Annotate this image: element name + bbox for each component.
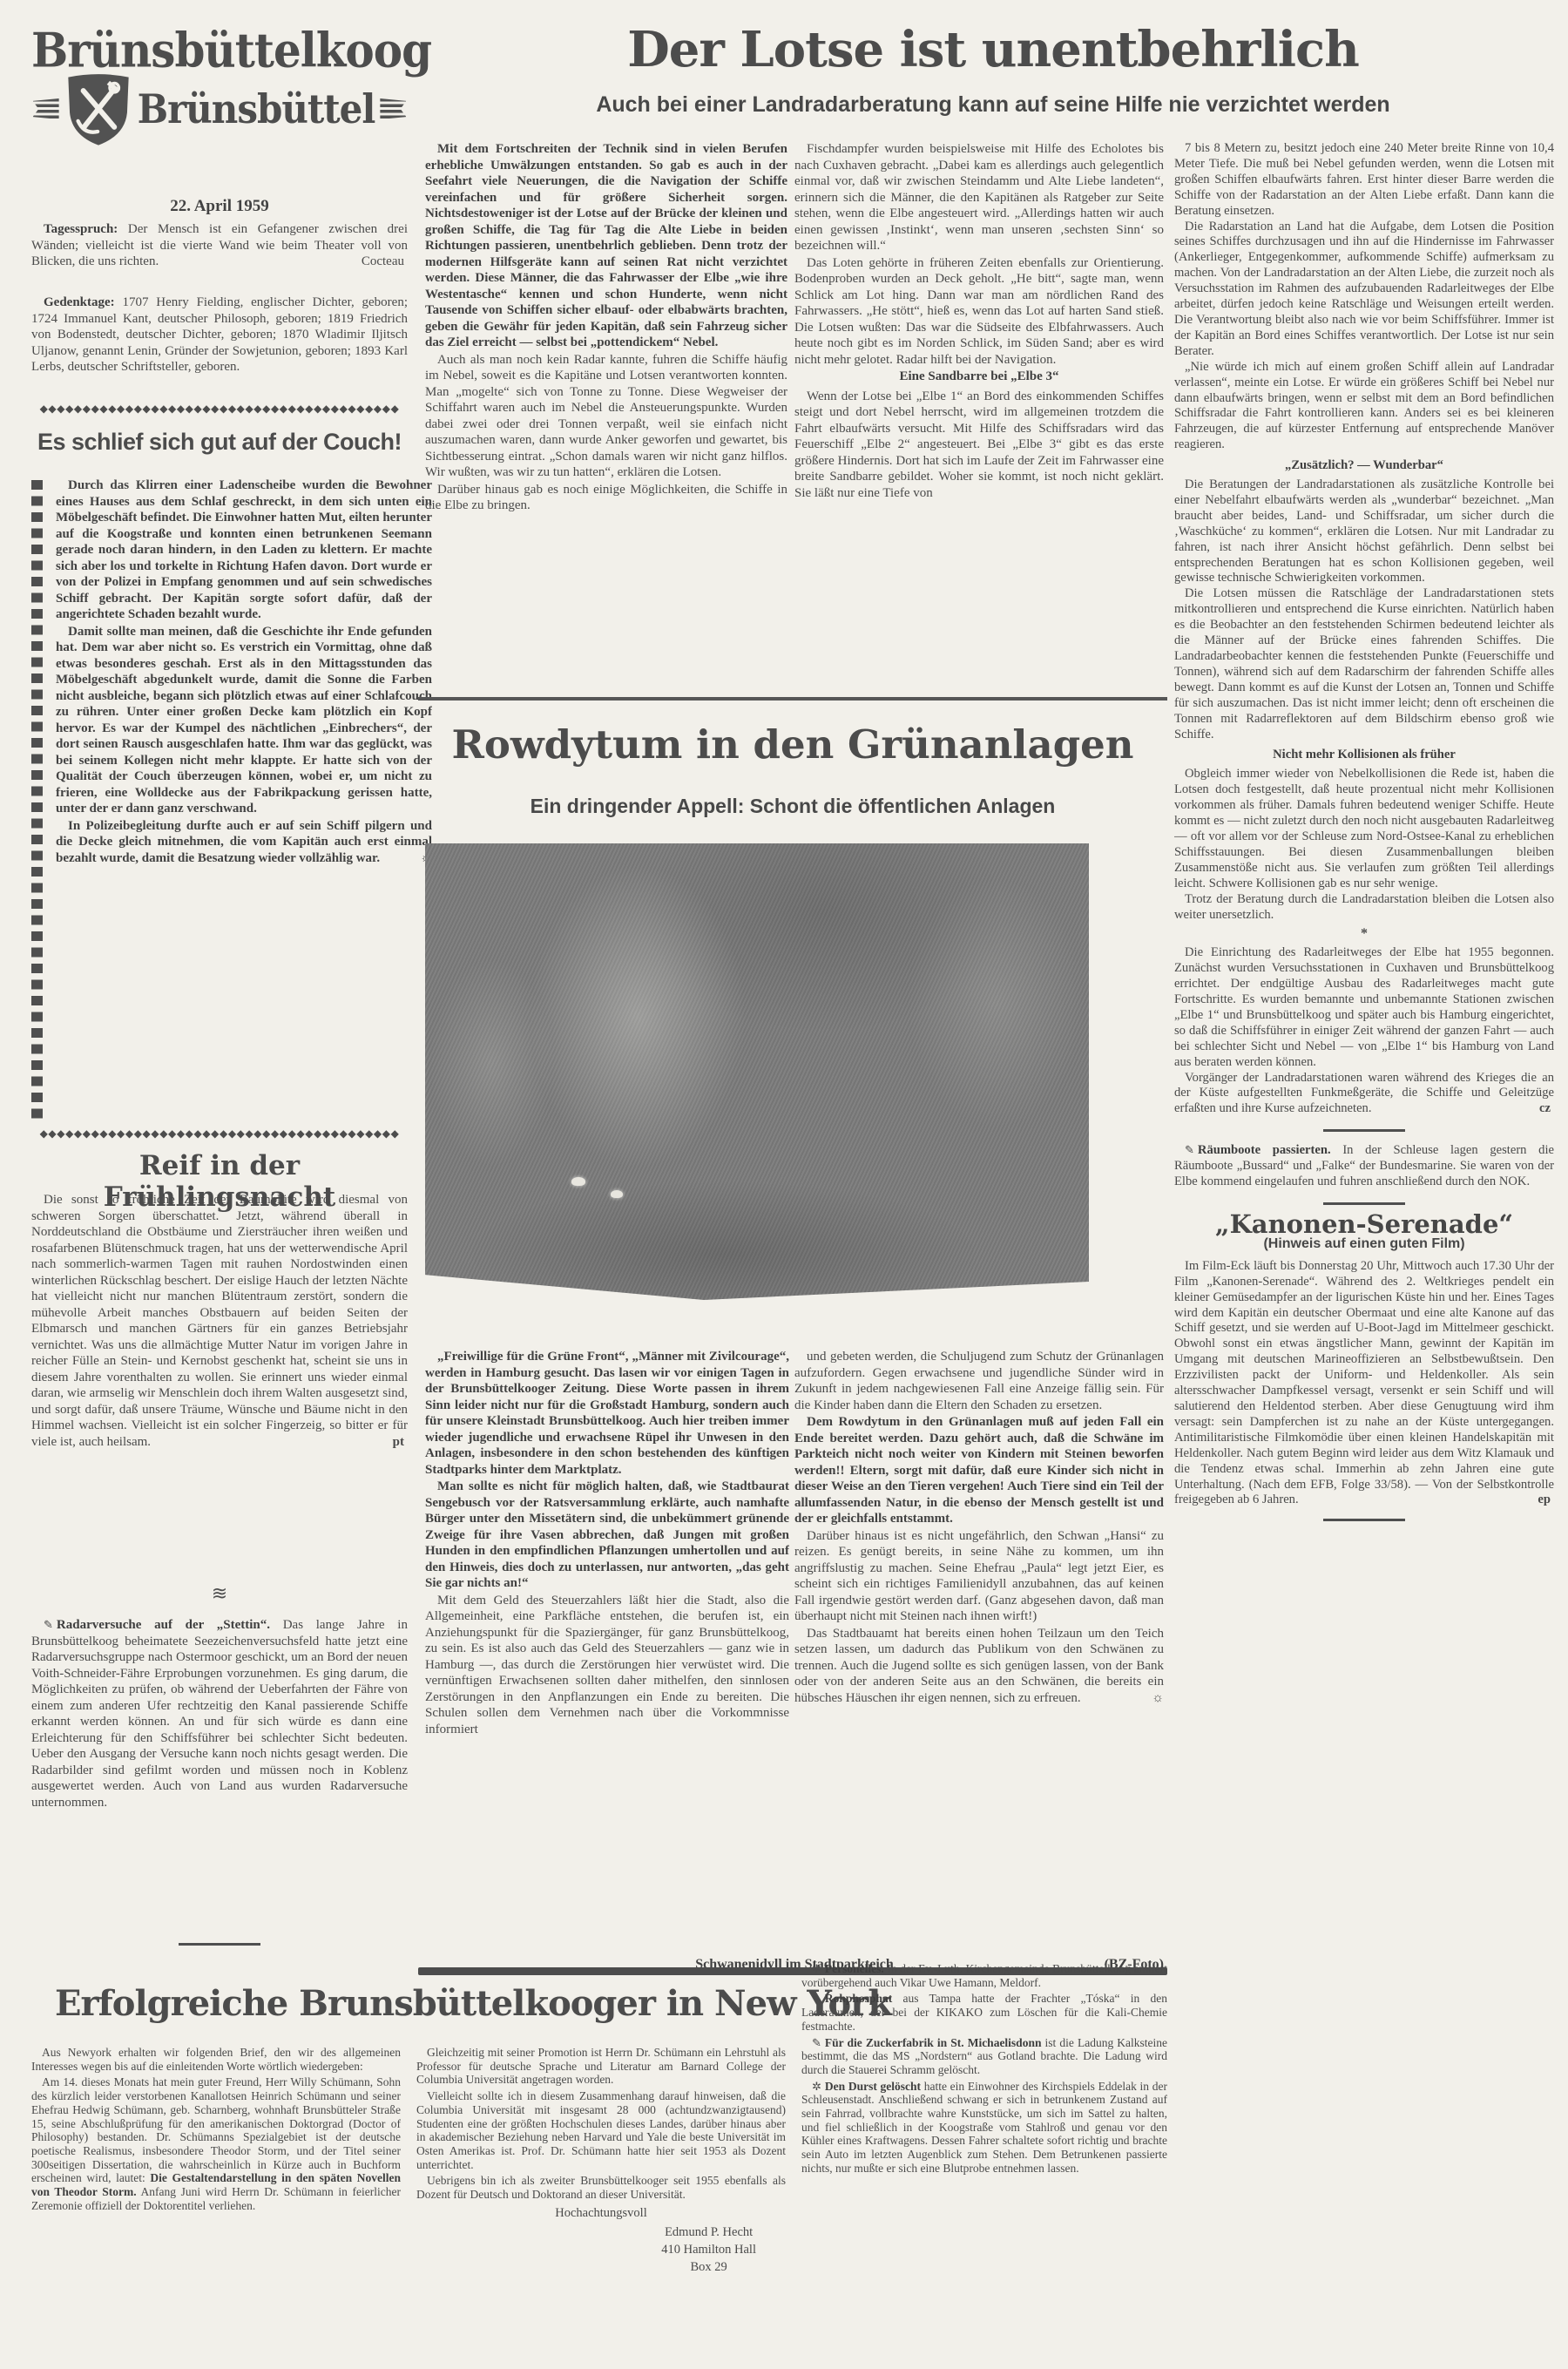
coat-of-arms-anchor-shovel-icon: [64, 71, 132, 147]
paragraph: Fischdampfer wurden beispielsweise mit H…: [794, 141, 1164, 254]
paragraph: Gleichzeitig mit seiner Promotion ist He…: [416, 2046, 786, 2087]
couch-article: Durch das Klirren einer Ladenscheibe wur…: [31, 477, 432, 1124]
masthead: Brünsbüttelkoog Brünsbüttel: [31, 24, 408, 147]
lead-paragraph: Mit dem Fortschreiten der Technik sind i…: [425, 141, 787, 351]
section-subhead: Nicht mehr Kollisionen als früher: [1174, 748, 1554, 763]
newyork-column-2: Gleichzeitig mit seiner Promotion ist He…: [416, 2046, 786, 2366]
paragraph: 7 bis 8 Metern zu, besitzt jedoch eine 2…: [1174, 141, 1554, 220]
pennant-flag-icon: [380, 98, 406, 119]
paragraph: Uebrigens bin ich als zweiter Brunsbütte…: [416, 2174, 786, 2201]
pennant-flag-icon: [33, 98, 59, 119]
section-rule: [179, 1943, 260, 1946]
section-subhead: „Zusätzlich? — Wunderbar“: [1174, 458, 1554, 474]
lotse-column-2: Fischdampfer wurden beispielsweise mit H…: [794, 141, 1164, 692]
main-subhead: Auch bei einer Landradarberatung kann au…: [418, 92, 1568, 118]
paragraph: Die Radarstation an Land hat die Aufgabe…: [1174, 220, 1554, 360]
right-column: 7 bis 8 Metern zu, besitzt jedoch eine 2…: [1174, 141, 1554, 2368]
reif-article: Die sonst so fröhliche Zeit der Baumblüt…: [31, 1192, 408, 1575]
diamond-divider: ◆◆◆◆◆◆◆◆◆◆◆◆◆◆◆◆◆◆◆◆◆◆◆◆◆◆◆◆◆◆◆◆◆◆◆◆◆◆◆◆…: [31, 403, 408, 416]
paragraph: Vielleicht sollte ich in diesem Zusammen…: [416, 2089, 786, 2171]
paragraph: Darüber hinaus ist es nicht ungefährlich…: [794, 1528, 1164, 1625]
news-item: ✎Rohphosphat aus Tampa hatte der Frachte…: [801, 1992, 1167, 2033]
paragraph: Die Beratungen der Landradarstationen al…: [1174, 477, 1554, 586]
tagesspruch: Tagesspruch: Der Mensch ist ein Gefangen…: [31, 221, 408, 270]
park-pond-photo: [425, 843, 1089, 1300]
rowdytum-column-2: und gebeten werden, die Schuljugend zum …: [794, 1349, 1164, 1962]
paragraph: ✎Radarversuche auf der „Stettin“. Das la…: [31, 1617, 408, 1811]
kanonen-headline: „Kanonen-Serenade“: [1174, 1217, 1554, 1233]
asterisk-separator: *: [1174, 926, 1554, 942]
paragraph: Wenn der Lotse bei „Elbe 1“ an Bord des …: [794, 389, 1164, 502]
section-subhead: Eine Sandbarre bei „Elbe 3“: [794, 369, 1164, 385]
squiggle-divider: ≋: [31, 1582, 408, 1605]
newyork-headline: Erfolgreiche Brunsbüttelkooger in New Yo…: [31, 1983, 915, 2024]
newspaper-page: Brünsbüttelkoog Brünsbüttel 22. April 19…: [0, 0, 1568, 2369]
paragraph: In Polizeibegleitung durfte auch er auf …: [56, 818, 432, 867]
news-item: ✲Personelles. In der Ev.-Luth. Kirchenge…: [801, 1962, 1167, 1989]
newyork-column-1: Aus Newyork erhalten wir folgenden Brief…: [31, 2046, 401, 2366]
paragraph: Aus Newyork erhalten wir folgenden Brief…: [31, 2046, 401, 2073]
paragraph: Man sollte es nicht für möglich halten, …: [425, 1479, 789, 1592]
paragraph: Die Einrichtung des Radarleitweges der E…: [1174, 945, 1554, 1070]
masthead-title-line1: Brünsbüttelkoog: [31, 23, 408, 78]
paragraph: Am 14. dieses Monats hat mein guter Freu…: [31, 2075, 401, 2212]
paragraph: Darüber hinaus gab es noch einige Möglic…: [425, 482, 787, 514]
paragraph: Damit sollte man meinen, daß die Geschic…: [56, 624, 432, 817]
diamond-divider: ◆◆◆◆◆◆◆◆◆◆◆◆◆◆◆◆◆◆◆◆◆◆◆◆◆◆◆◆◆◆◆◆◆◆◆◆◆◆◆◆…: [31, 1127, 408, 1141]
news-item: ✎Für die Zuckerfabrik in St. Michaelisdo…: [801, 2036, 1167, 2077]
lotse-column-1: Mit dem Fortschreiten der Technik sind i…: [425, 141, 787, 692]
paragraph: Auch als man noch kein Radar kannte, fuh…: [425, 352, 787, 481]
tagesspruch-label: Tagesspruch:: [44, 222, 118, 236]
masthead-title-line2: Brünsbüttel: [138, 86, 375, 132]
section-rule: [1323, 1129, 1405, 1132]
signature-box: Box 29: [661, 2258, 756, 2276]
paragraph: Im Film-Eck läuft bis Donnerstag 20 Uhr,…: [1174, 1259, 1554, 1509]
paragraph: Das Stadtbauamt hat bereits einen hohen …: [794, 1626, 1164, 1707]
paragraph: „Freiwillige für die Grüne Front“, „Männ…: [425, 1349, 789, 1478]
news-item: ✲Den Durst gelöscht hatte ein Einwohner …: [801, 2080, 1167, 2176]
rowdytum-column-1: „Freiwillige für die Grüne Front“, „Männ…: [425, 1349, 789, 1962]
local-notes-column: ✲Personelles. In der Ev.-Luth. Kirchenge…: [801, 1962, 1167, 2366]
gedenktage: Gedenktage: 1707 Henry Fielding, englisc…: [31, 294, 408, 376]
paragraph: Trotz der Beratung durch die Landradarst…: [1174, 892, 1554, 924]
pen-icon: ✎: [44, 1618, 53, 1631]
article-end-mark: ☼: [1139, 1690, 1164, 1707]
raeumboote-item: ✎Räumboote passierten. In der Schleuse l…: [1174, 1142, 1554, 1190]
stettin-lead: Radarversuche auf der „Stettin“.: [57, 1618, 270, 1632]
signature-name: Edmund P. Hecht: [661, 2223, 756, 2241]
rowdytum-subhead: Ein dringender Appell: Schont die öffent…: [418, 795, 1167, 818]
paragraph: Die sonst so fröhliche Zeit der Baumblüt…: [31, 1192, 408, 1450]
stettin-news-item: ✎Radarversuche auf der „Stettin“. Das la…: [31, 1617, 408, 1924]
paragraph: Durch das Klirren einer Ladenscheibe wur…: [56, 477, 432, 623]
rowdytum-headline: Rowdytum in den Grünanlagen: [418, 721, 1167, 768]
main-headline: Der Lotse ist unentbehrlich: [418, 21, 1568, 78]
paragraph: Dem Rowdytum in den Grünanlagen muß auf …: [794, 1414, 1164, 1527]
section-rule: [418, 697, 1167, 701]
paragraph: Mit dem Geld des Steuerzahlers läßt hier…: [425, 1593, 789, 1738]
letter-signature: Edmund P. Hecht 410 Hamilton Hall Box 29: [661, 2223, 756, 2276]
pen-icon: ✎: [1185, 1143, 1194, 1156]
paragraph: Die Lotsen müssen die Ratschläge der Lan…: [1174, 586, 1554, 742]
issue-date: 22. April 1959: [31, 197, 408, 216]
couch-headline: Es schlief sich gut auf der Couch!: [31, 429, 408, 456]
paragraph: „Nie würde ich mich auf einem großen Sch…: [1174, 360, 1554, 453]
pen-icon: ✎: [812, 2036, 821, 2049]
gedenktage-label: Gedenktage:: [44, 295, 115, 309]
gedenktage-text: Gedenktage: 1707 Henry Fielding, englisc…: [31, 294, 408, 376]
signature-address: 410 Hamilton Hall: [661, 2241, 756, 2258]
section-rule: [1323, 1519, 1405, 1521]
swan-figure: [571, 1177, 585, 1186]
paragraph: und gebeten werden, die Schuljugend zum …: [794, 1349, 1164, 1413]
letter-closing: Hochachtungsvoll: [416, 2207, 786, 2221]
section-rule: [1323, 1202, 1405, 1205]
paragraph: Das Loten gehörte in früheren Zeiten ebe…: [794, 255, 1164, 369]
paragraph: Obgleich immer wieder von Nebelkollision…: [1174, 767, 1554, 891]
star-icon: ✲: [812, 2080, 821, 2093]
swan-figure: [611, 1190, 623, 1198]
pen-icon: ✎: [812, 1992, 821, 2005]
star-icon: ✲: [812, 1962, 821, 1975]
